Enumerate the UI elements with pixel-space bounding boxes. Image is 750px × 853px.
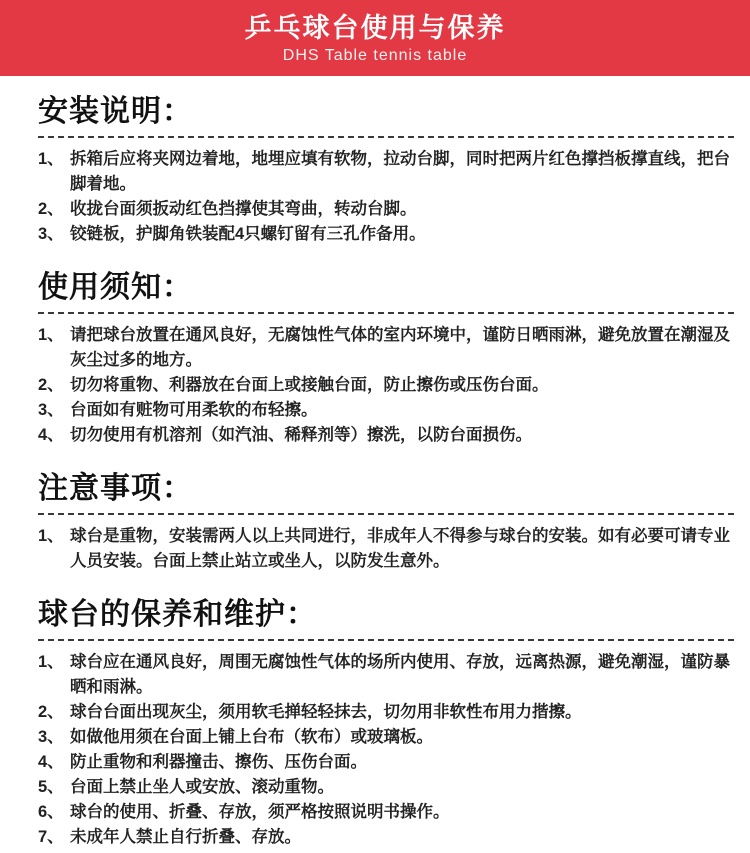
item-number: 2、 xyxy=(38,700,70,725)
list-item: 5、 台面上禁止坐人或安放、滚动重物。 xyxy=(38,775,734,800)
section-heading: 球台的保养和维护： xyxy=(38,597,734,633)
dashed-divider xyxy=(38,639,734,641)
item-text: 未成年人禁止自行折叠、存放。 xyxy=(70,825,734,850)
list-item: 6、 球台的使用、折叠、存放，须严格按照说明书操作。 xyxy=(38,800,734,825)
section-heading: 使用须知： xyxy=(38,270,734,306)
item-text: 台面如有赃物可用柔软的布轻擦。 xyxy=(70,398,734,423)
section-precautions: 注意事项： 1、 球台是重物，安装需两人以上共同进行，非成年人不得参与球台的安装… xyxy=(38,471,734,574)
item-number: 3、 xyxy=(38,725,70,750)
list-item: 3、 如做他用须在台面上铺上台布（软布）或玻璃板。 xyxy=(38,725,734,750)
list-item: 7、 未成年人禁止自行折叠、存放。 xyxy=(38,825,734,850)
list-item: 3、 台面如有赃物可用柔软的布轻擦。 xyxy=(38,398,734,423)
item-text: 台面上禁止坐人或安放、滚动重物。 xyxy=(70,775,734,800)
item-list: 1、 请把球台放置在通风良好，无腐蚀性气体的室内环境中，谨防日晒雨淋，避免放置在… xyxy=(38,323,734,448)
page: { "header": { "title": "乒乓球台使用与保养", "sub… xyxy=(0,0,750,853)
dashed-divider xyxy=(38,312,734,314)
item-number: 3、 xyxy=(38,398,70,423)
section-usage-notes: 使用须知： 1、 请把球台放置在通风良好，无腐蚀性气体的室内环境中，谨防日晒雨淋… xyxy=(38,270,734,448)
item-text: 球台的使用、折叠、存放，须严格按照说明书操作。 xyxy=(70,800,734,825)
item-number: 2、 xyxy=(38,373,70,398)
list-item: 2、 球台台面出现灰尘，须用软毛掸轻轻抹去，切勿用非软性布用力揩擦。 xyxy=(38,700,734,725)
list-item: 1、 请把球台放置在通风良好，无腐蚀性气体的室内环境中，谨防日晒雨淋，避免放置在… xyxy=(38,323,734,373)
section-installation: 安装说明： 1、 拆箱后应将夹网边着地，地埋应填有软物，拉动台脚，同时把两片红色… xyxy=(38,94,734,247)
item-list: 1、 球台是重物，安装需两人以上共同进行，非成年人不得参与球台的安装。如有必要可… xyxy=(38,524,734,574)
item-number: 5、 xyxy=(38,775,70,800)
item-number: 1、 xyxy=(38,147,70,197)
section-heading: 注意事项： xyxy=(38,471,734,507)
item-number: 1、 xyxy=(38,650,70,700)
item-text: 铰链板，护脚角铁装配4只螺钉留有三孔作备用。 xyxy=(70,222,734,247)
list-item: 1、 拆箱后应将夹网边着地，地埋应填有软物，拉动台脚，同时把两片红色撑挡板撑直线… xyxy=(38,147,734,197)
page-subtitle: DHS Table tennis table xyxy=(283,46,467,66)
item-text: 拆箱后应将夹网边着地，地埋应填有软物，拉动台脚，同时把两片红色撑挡板撑直线，把台… xyxy=(70,147,734,197)
item-number: 1、 xyxy=(38,323,70,373)
item-text: 切勿将重物、利器放在台面上或接触台面，防止擦伤或压伤台面。 xyxy=(70,373,734,398)
item-number: 6、 xyxy=(38,800,70,825)
item-number: 4、 xyxy=(38,750,70,775)
section-heading: 安装说明： xyxy=(38,94,734,130)
item-number: 7、 xyxy=(38,825,70,850)
item-number: 2、 xyxy=(38,197,70,222)
section-maintenance: 球台的保养和维护： 1、 球台应在通风良好，周围无腐蚀性气体的场所内使用、存放，… xyxy=(38,597,734,850)
list-item: 3、 铰链板，护脚角铁装配4只螺钉留有三孔作备用。 xyxy=(38,222,734,247)
item-text: 如做他用须在台面上铺上台布（软布）或玻璃板。 xyxy=(70,725,734,750)
content: 安装说明： 1、 拆箱后应将夹网边着地，地埋应填有软物，拉动台脚，同时把两片红色… xyxy=(0,76,750,850)
list-item: 1、 球台应在通风良好，周围无腐蚀性气体的场所内使用、存放，远离热源，避免潮湿，… xyxy=(38,650,734,700)
item-text: 请把球台放置在通风良好，无腐蚀性气体的室内环境中，谨防日晒雨淋，避免放置在潮湿及… xyxy=(70,323,734,373)
header-banner: 乒乓球台使用与保养 DHS Table tennis table xyxy=(0,0,750,76)
list-item: 1、 球台是重物，安装需两人以上共同进行，非成年人不得参与球台的安装。如有必要可… xyxy=(38,524,734,574)
item-text: 球台是重物，安装需两人以上共同进行，非成年人不得参与球台的安装。如有必要可请专业… xyxy=(70,524,734,574)
item-number: 1、 xyxy=(38,524,70,574)
item-text: 切勿使用有机溶剂（如汽油、稀释剂等）擦洗，以防台面损伤。 xyxy=(70,423,734,448)
item-text: 收拢台面须扳动红色挡撑使其弯曲，转动台脚。 xyxy=(70,197,734,222)
list-item: 2、 收拢台面须扳动红色挡撑使其弯曲，转动台脚。 xyxy=(38,197,734,222)
item-list: 1、 球台应在通风良好，周围无腐蚀性气体的场所内使用、存放，远离热源，避免潮湿，… xyxy=(38,650,734,850)
list-item: 2、 切勿将重物、利器放在台面上或接触台面，防止擦伤或压伤台面。 xyxy=(38,373,734,398)
dashed-divider xyxy=(38,513,734,515)
item-text: 球台台面出现灰尘，须用软毛掸轻轻抹去，切勿用非软性布用力揩擦。 xyxy=(70,700,734,725)
item-list: 1、 拆箱后应将夹网边着地，地埋应填有软物，拉动台脚，同时把两片红色撑挡板撑直线… xyxy=(38,147,734,247)
list-item: 4、 防止重物和利器撞击、擦伤、压伤台面。 xyxy=(38,750,734,775)
item-number: 4、 xyxy=(38,423,70,448)
dashed-divider xyxy=(38,136,734,138)
item-number: 3、 xyxy=(38,222,70,247)
list-item: 4、 切勿使用有机溶剂（如汽油、稀释剂等）擦洗，以防台面损伤。 xyxy=(38,423,734,448)
page-title: 乒乓球台使用与保养 xyxy=(245,13,506,43)
item-text: 防止重物和利器撞击、擦伤、压伤台面。 xyxy=(70,750,734,775)
item-text: 球台应在通风良好，周围无腐蚀性气体的场所内使用、存放，远离热源，避免潮湿，谨防暴… xyxy=(70,650,734,700)
